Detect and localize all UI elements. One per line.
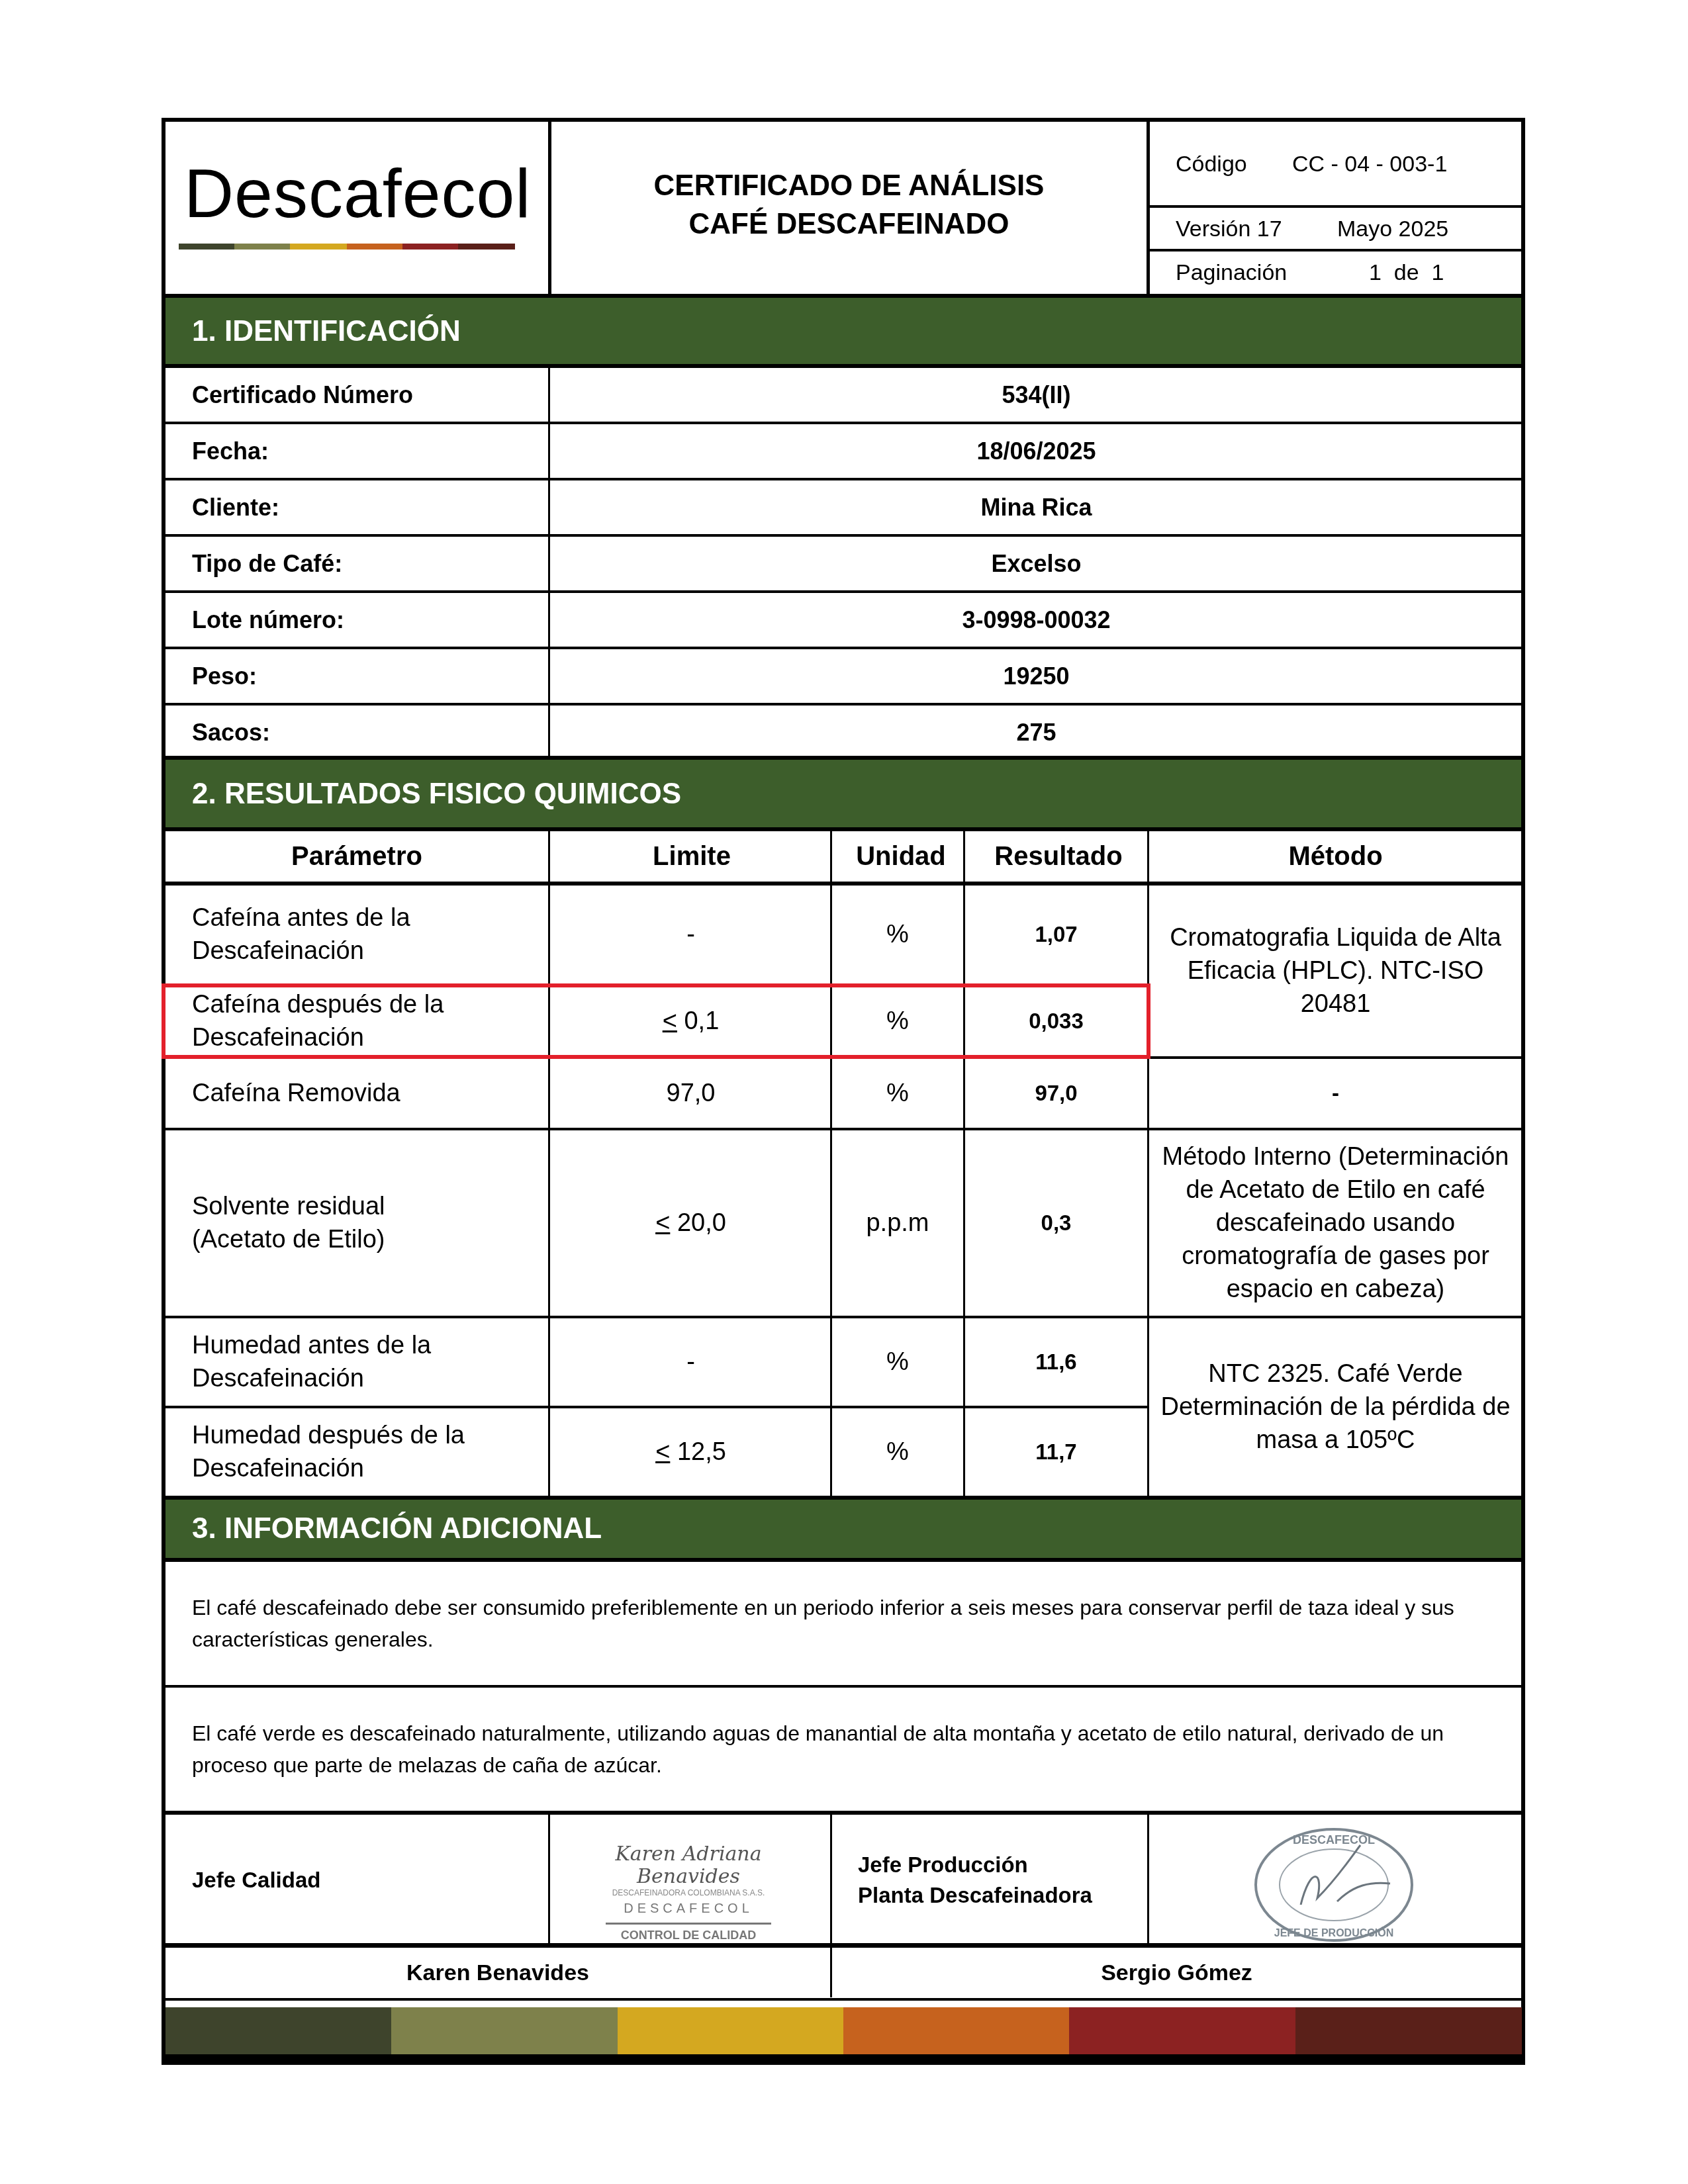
color-stripe-segment [391,2007,618,2054]
id-row-value: 18/06/2025 [551,424,1521,478]
divider [162,1406,1149,1408]
production-signer-name: Sergio Gómez [832,1948,1521,1998]
id-row-label: Cliente: [165,480,548,534]
parameter-cell: Cafeína Removida [192,1059,543,1128]
unit-cell: % [832,886,963,983]
parameter-line: Descafeinación [192,934,364,968]
divider [162,1943,1525,1948]
stamp-company: DESCAFEINADORA COLOMBIANA S.A.S. [576,1888,801,1897]
quality-role-label: Jefe Calidad [192,1815,320,1946]
logo-stripe [179,244,234,250]
method-humedad: NTC 2325. Café Verde Determinación de la… [1150,1318,1521,1496]
id-row-value: 3-0998-00032 [551,593,1521,647]
id-row-label: Lote número: [165,593,548,647]
limit-value: - [686,918,695,951]
seal-bottom-text: JEFE DE PRODUCCIÓN [1274,1927,1393,1939]
result-cell: 97,0 [965,1059,1147,1128]
production-role-line-2: Planta Descafeinadora [858,1880,1092,1911]
id-row-label: Tipo de Café: [165,537,548,590]
logo: Descafecol [179,159,536,251]
divider [162,1998,1525,2001]
highlighted-row-outline [162,983,1150,1059]
info-paragraph-1: El café descafeinado debe ser consumido … [165,1562,1521,1685]
parameter-line: Cafeína antes de la [192,901,410,934]
column-header-unidad: Unidad [835,831,967,882]
id-row-value: 19250 [551,649,1521,703]
parameter-cell: Humedad después de laDescafeinación [192,1408,543,1496]
divider [162,2054,1525,2065]
parameter-line: Humedad después de la [192,1419,465,1452]
id-row-label: Sacos: [165,705,548,759]
version-label: Versión 17 [1176,210,1282,248]
quality-signature-stamp: Karen Adriana Benavides DESCAFEINADORA C… [576,1843,801,1929]
parameter-cell: Humedad antes de laDescafeinación [192,1318,543,1406]
limit-value: 12,5 [670,1435,726,1469]
document-title: CERTIFICADO DE ANÁLISIS CAFÉ DESCAFEINAD… [551,165,1147,245]
parameter-cell: Solvente residual(Acetato de Etilo) [192,1130,543,1316]
parameter-line: Humedad antes de la [192,1329,431,1362]
parameter-line: Solvente residual [192,1190,385,1223]
seal-top-text: DESCAFECOL [1293,1833,1375,1846]
production-seal-stamp: DESCAFECOL JEFE DE PRODUCCIÓN [1238,1825,1430,1944]
logo-wordmark: Descafecol [184,155,531,234]
limit-cell: 97,0 [551,1059,830,1128]
logo-stripe [458,244,515,250]
unit-cell: p.p.m [832,1130,963,1316]
divider [1147,827,1149,1496]
id-row-value: 275 [551,705,1521,759]
handwritten-signature: Karen Adriana Benavides [576,1843,801,1888]
info-paragraph-2: El café verde es descafeinado naturalmen… [165,1688,1521,1811]
result-cell: 11,6 [965,1318,1147,1406]
id-row-label: Peso: [165,649,548,703]
divider [1147,249,1525,251]
logo-stripe [402,244,458,250]
limit-cell: - [551,1318,830,1406]
unit-cell: % [832,1408,963,1496]
result-cell: 1,07 [965,886,1147,983]
production-role-line-1: Jefe Producción [858,1850,1028,1880]
unit-cell: % [832,1059,963,1128]
result-cell: 11,7 [965,1408,1147,1496]
seal-icon: DESCAFECOL JEFE DE PRODUCCIÓN [1238,1825,1430,1944]
logo-stripe [234,244,290,250]
method-interno: Método Interno (Determinación de Acetato… [1150,1130,1521,1316]
stamp-rule [606,1923,771,1925]
limit-value: 20,0 [670,1206,726,1240]
section-identificacion-header: 1. IDENTIFICACIÓN [165,298,1521,365]
parameter-cell: Cafeína antes de laDescafeinación [192,886,543,983]
less-or-equal-symbol: < [655,1206,670,1240]
limit-value: - [686,1345,695,1379]
column-header-resultado: Resultado [970,831,1147,882]
result-cell: 0,3 [965,1130,1147,1316]
color-stripe-segment [1069,2007,1295,2054]
limit-value: 97,0 [667,1077,716,1110]
title-line-1: CERTIFICADO DE ANÁLISIS [654,167,1045,205]
color-stripe-segment [1295,2007,1522,2054]
color-stripe-segment [618,2007,844,2054]
id-row-value: Excelso [551,537,1521,590]
color-stripe-segment [165,2007,392,2054]
production-role-label: Jefe Producción Planta Descafeinadora [858,1815,1092,1946]
parameter-line: Cafeína Removida [192,1077,400,1110]
method-removida: - [1150,1059,1521,1128]
limit-cell: < 12,5 [551,1408,830,1496]
limit-cell: - [551,886,830,983]
parameter-line: Descafeinación [192,1452,364,1485]
divider [548,1815,550,1946]
section-title: 3. INFORMACIÓN ADICIONAL [192,1512,602,1545]
section-title: 1. IDENTIFICACIÓN [192,315,461,348]
section-title: 2. RESULTADOS FISICO QUIMICOS [192,778,681,811]
quality-signer-name: Karen Benavides [165,1948,830,1998]
id-row-value: Mina Rica [551,480,1521,534]
version-date: Mayo 2025 [1337,210,1448,248]
title-line-2: CAFÉ DESCAFEINADO [688,205,1009,244]
divider [548,364,550,756]
divider [548,827,550,1496]
divider [162,1811,1525,1815]
paginacion-label: Paginación [1176,254,1287,291]
unit-cell: % [832,1318,963,1406]
codigo-label: Código [1176,146,1247,183]
logo-stripe [347,244,402,250]
parameter-line: Descafeinación [192,1362,364,1395]
paginacion-value: 1 de 1 [1369,254,1444,291]
column-header-metodo: Método [1150,831,1521,882]
limit-cell: < 20,0 [551,1130,830,1316]
section-resultados-header: 2. RESULTADOS FISICO QUIMICOS [165,760,1521,829]
id-row-label: Certificado Número [165,368,548,422]
parameter-line: (Acetato de Etilo) [192,1223,385,1256]
less-or-equal-symbol: < [655,1435,670,1469]
id-row-label: Fecha: [165,424,548,478]
stamp-department: CONTROL DE CALIDAD [576,1929,801,1942]
id-row-value: 534(II) [551,368,1521,422]
divider [1147,1815,1149,1946]
stamp-brand: DESCAFECOL [576,1897,801,1920]
column-header-parametro: Parámetro [165,831,548,882]
divider [1147,205,1525,208]
color-stripe-segment [843,2007,1070,2054]
column-header-limite: Limite [551,831,832,882]
method-hplc: Cromatografia Liquida de Alta Eficacia (… [1150,886,1521,1056]
logo-stripe [290,244,347,250]
section-informacion-header: 3. INFORMACIÓN ADICIONAL [165,1500,1521,1558]
codigo-value: CC - 04 - 003-1 [1292,146,1447,183]
